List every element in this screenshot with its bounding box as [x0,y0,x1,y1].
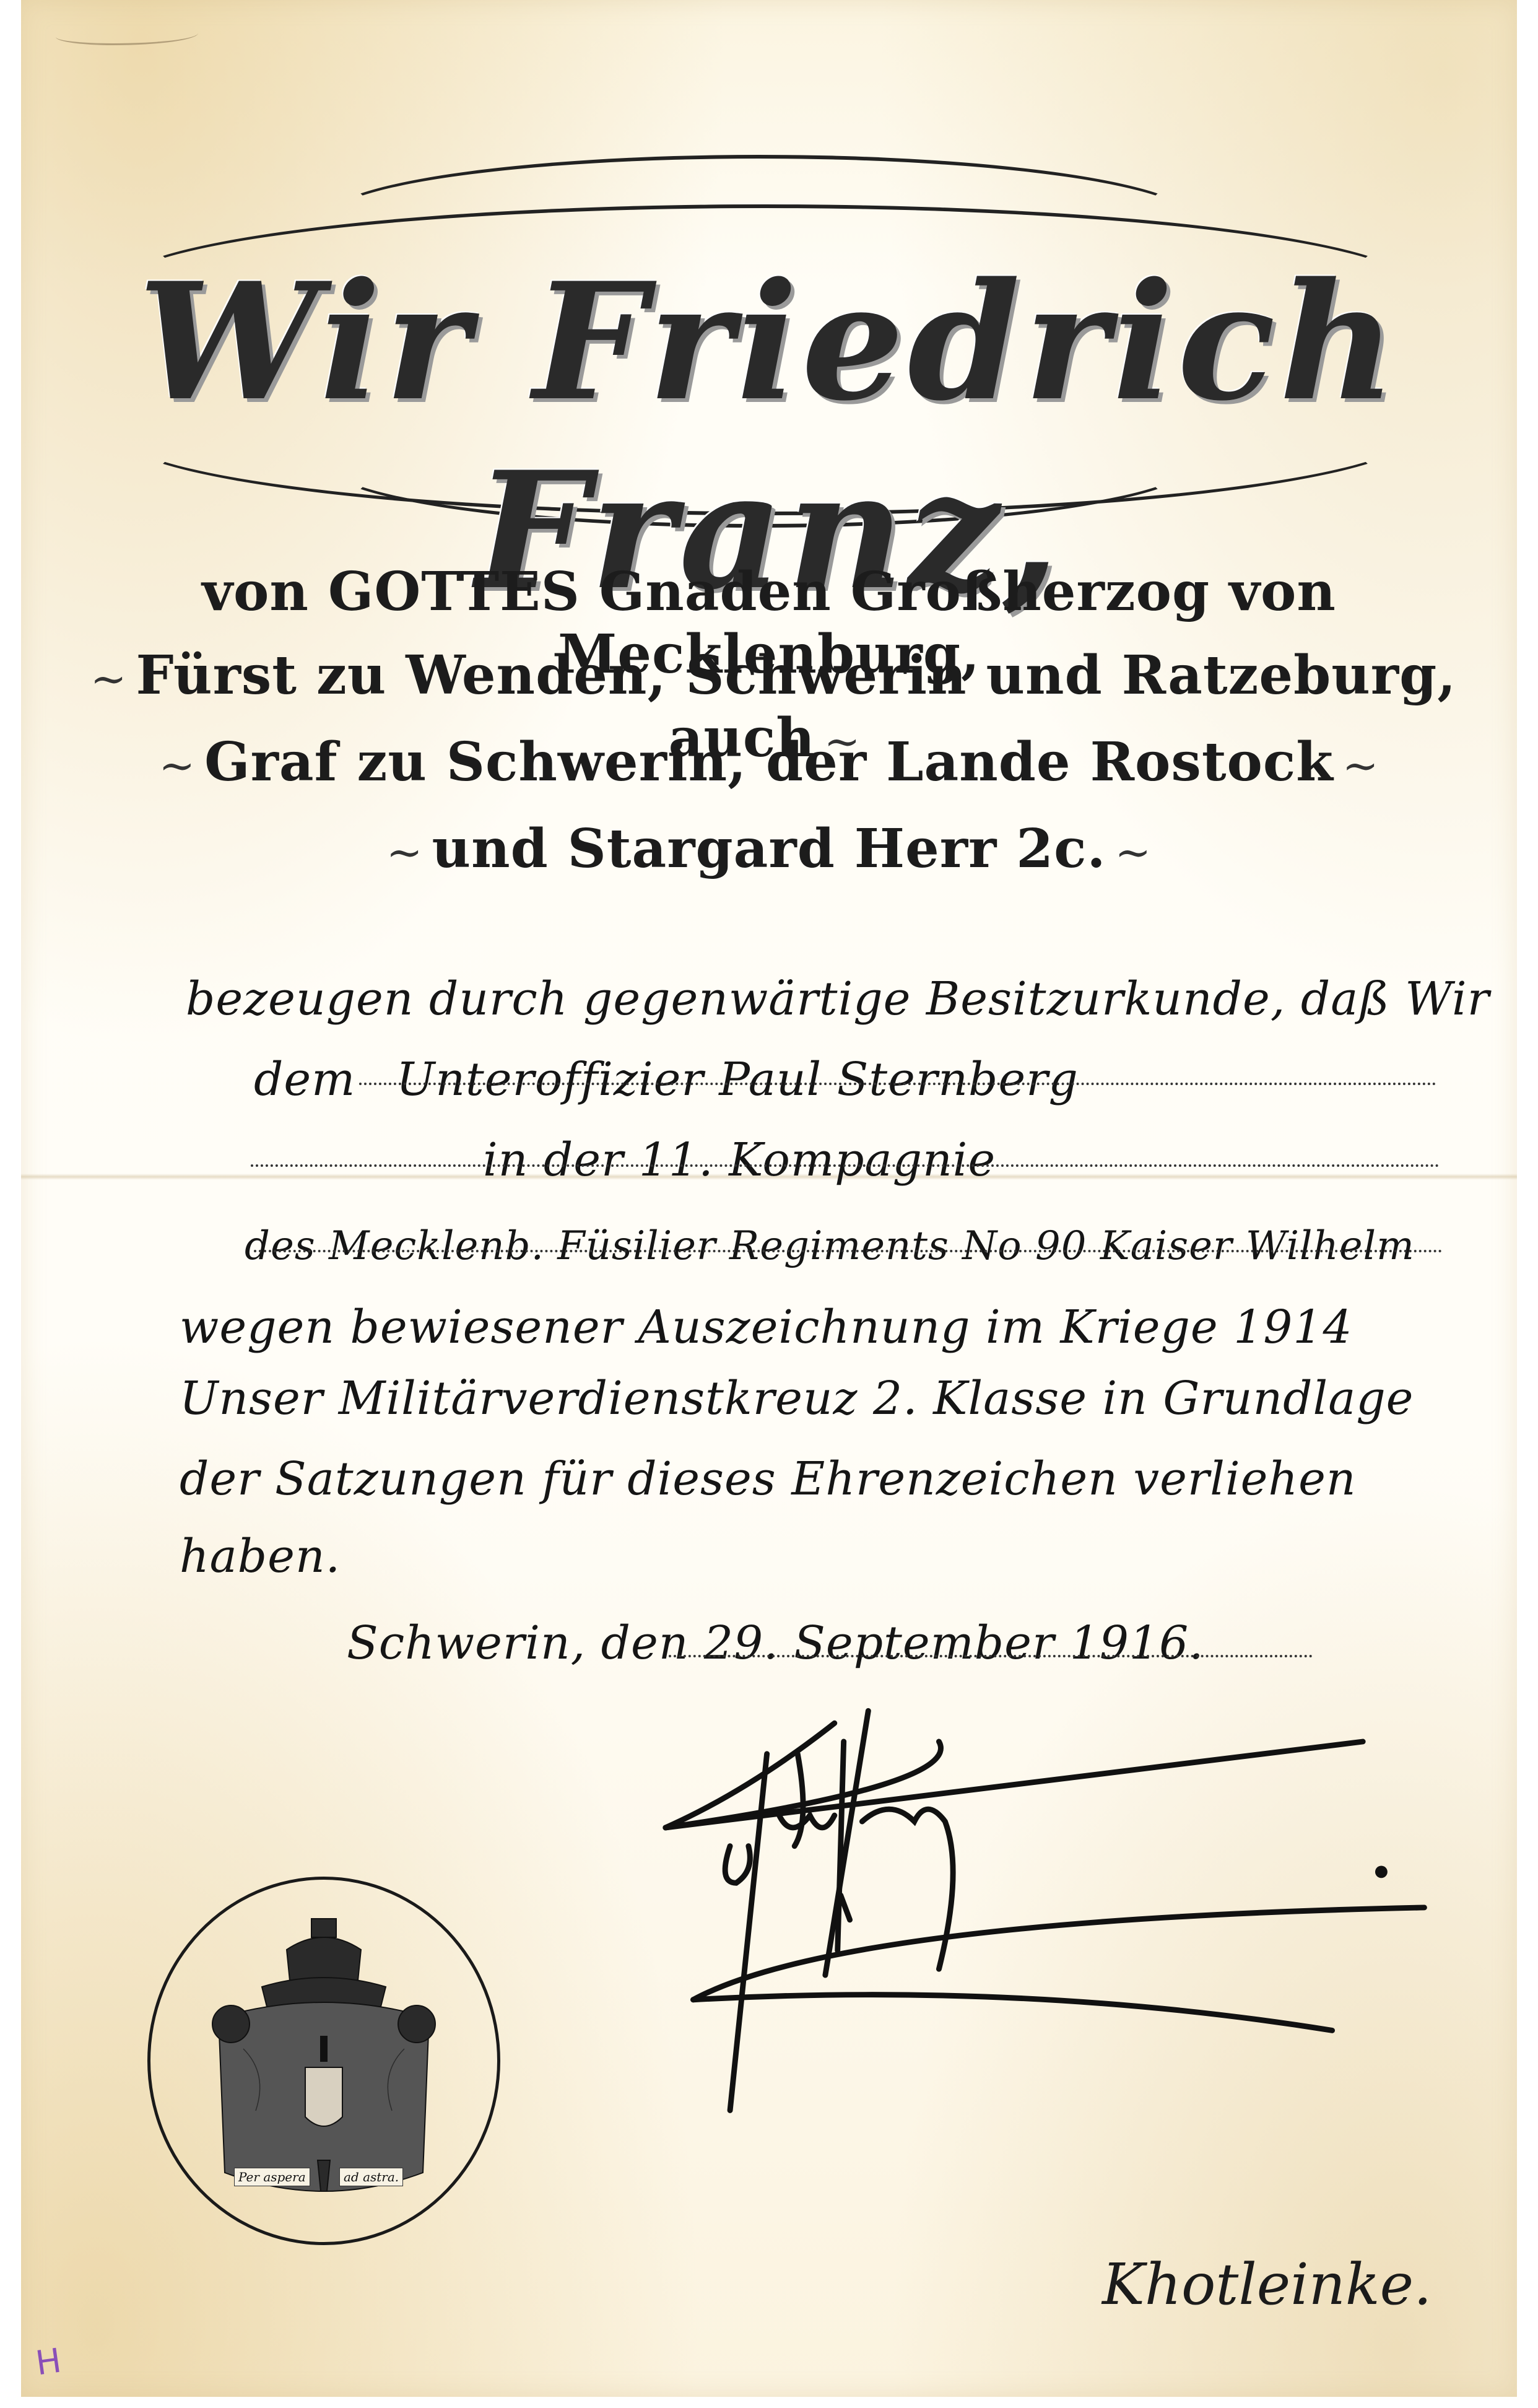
title-line-4-text: und Stargard Herr 2c. [432,818,1106,880]
title-line-3-text: Graf zu Schwerin, der Lande Rostock [204,731,1334,793]
regiment-dotted-line [254,1250,1443,1252]
body-line-5: wegen bewiesener Auszeichnung im Kriege … [180,1301,1353,1354]
unit-dotted-line [251,1164,1440,1167]
motto-left: Per aspera [234,2168,310,2186]
body-line-8: haben. [180,1530,341,1583]
pencil-mark: H [33,2340,64,2383]
swirl-ornament-icon: ~ [1342,740,1379,791]
regiment-line: des Mecklenb. Füsilier Regiments No 90 K… [245,1223,1415,1269]
swirl-ornament-icon: ~ [159,740,196,791]
body-line-1: bezeugen durch gegenwärtige Besitzurkund… [186,972,1490,1026]
body-line-7: der Satzungen für dieses Ehrenzeichen ve… [180,1452,1357,1506]
swirl-ornament-icon: ~ [1114,827,1152,878]
title-line-3: ~Graf zu Schwerin, der Lande Rostock~ [0,731,1538,793]
coat-of-arms-seal: Per aspera ad astra. [147,1877,500,2245]
recipient-prefix: dem [254,1053,355,1106]
recipient-dotted-line [359,1083,1436,1085]
title-line-4: ~und Stargard Herr 2c.~ [0,818,1538,880]
countersignature: Khotleinke. [1102,2251,1432,2318]
sovereign-signature [656,1685,1455,2118]
unit-line: in der 11. Kompagnie [483,1133,996,1187]
swirl-ornament-icon: ~ [386,827,424,878]
body-line-6: Unser Militärverdienstkreuz 2. Klasse in… [180,1372,1414,1425]
coat-of-arms-icon [194,1913,454,2210]
swirl-ornament-icon: ~ [90,653,128,704]
recipient-name: Unteroffizier Paul Sternberg [396,1053,1079,1106]
place-date: Schwerin, den 29. September 1916. [347,1616,1204,1670]
date-dotted-line [669,1655,1313,1657]
motto-right: ad astra. [339,2168,403,2186]
